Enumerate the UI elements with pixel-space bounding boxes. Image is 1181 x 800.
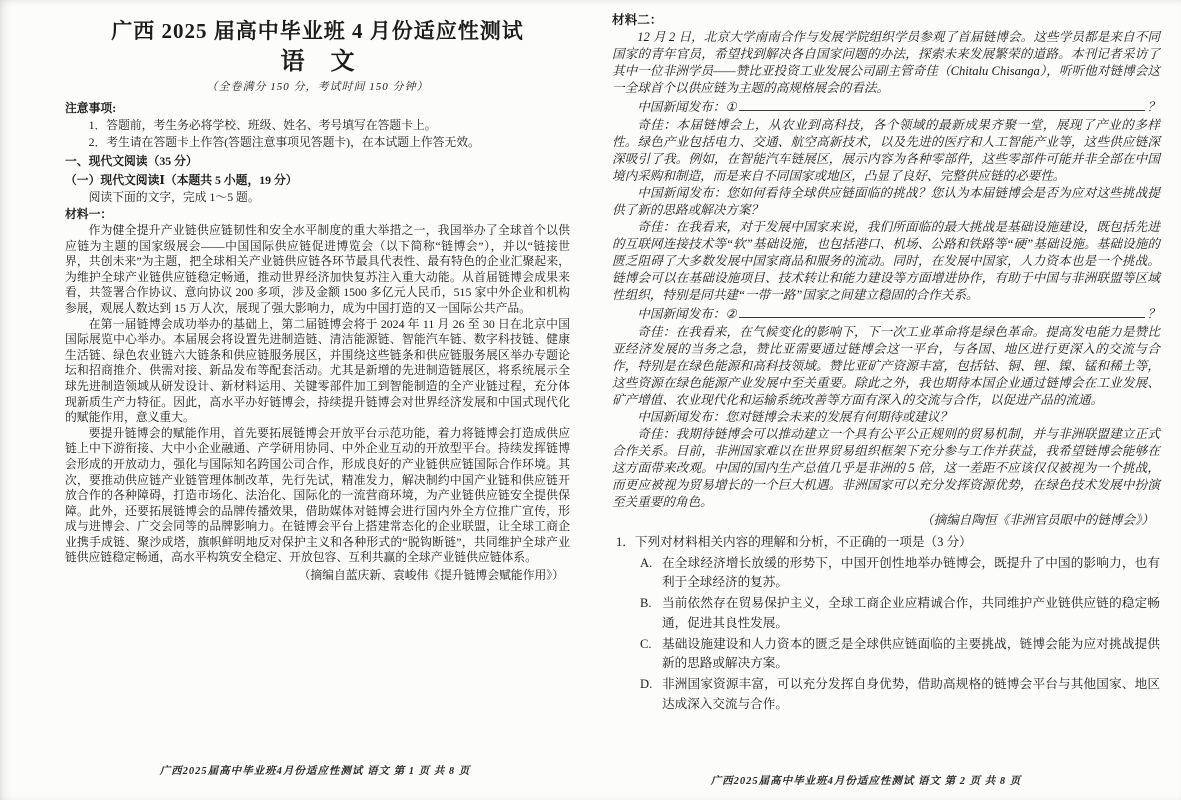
material2-label: 材料二： (612, 12, 1160, 29)
page-2: 材料二： 12 月 2 日，北京大学南南合作与发展学院组织学员参观了首届链博会。… (612, 0, 1160, 800)
notice-title: 注意事项: (65, 100, 570, 117)
exam-subject: 语 文 (65, 46, 570, 78)
interview-question-2: 中国新闻发布：您如何看待全球供应链面临的挑战？您认为本届链博会是否为应对这些挑战… (612, 185, 1160, 219)
speaker-label: 中国新闻发布： (637, 305, 725, 324)
blank-suffix-1: ？ (1147, 98, 1160, 117)
material2-intro: 12 月 2 日，北京大学南南合作与发展学院组织学员参观了首届链博会。这些学员都… (612, 29, 1160, 97)
option-c-label: C. (640, 635, 662, 674)
page-1-footer: 广西2025届高中毕业班4月份适应性测试 语文 第 1 页 共 8 页 (40, 764, 590, 780)
interview-answer-3: 奇佳：在我看来，在气候变化的影响下，下一次工业革命将是绿色革命。提高发电能力是赞… (612, 324, 1160, 409)
material1-attribution: （摘编自蓝庆新、袁峻伟《提升链博会赋能作用》） (65, 566, 570, 584)
notice-item-1: 1．答题前，考生务必将学校、班级、姓名、考号填写在答题卡上。 (65, 117, 570, 134)
interview-answer-1: 奇佳：本届链博会上，从农业到高科技，各个领域的最新成果齐聚一堂，展现了产业的多样… (612, 117, 1160, 185)
material1-label: 材料一： (65, 206, 570, 223)
blank-marker-1: ① (725, 98, 736, 117)
question-1-option-b: B. 当前依然存在贸易保护主义，全球工商企业应精诚合作，共同维护产业链供应链的稳… (612, 594, 1160, 633)
material1-paragraph-2: 在第一届链博会成功举办的基础上，第二届链博会将于 2024 年 11 月 26 … (65, 317, 570, 426)
reading-instruction: 阅读下面的文字，完成 1～5 题。 (65, 189, 570, 206)
option-a-text: 在全球经济增长放缓的形势下，中国开创性地举办链博会，既提升了中国的影响力，也有利… (662, 554, 1160, 593)
option-b-label: B. (640, 594, 662, 633)
speaker-label: 中国新闻发布： (637, 98, 725, 117)
interview-question-4: 中国新闻发布：您对链博会未来的发展有何期待或建议？ (612, 409, 1160, 426)
section-heading: 一、现代文阅读（35 分） (65, 153, 570, 170)
option-d-text: 非洲国家资源丰富，可以充分发挥自身优势，借助高规格的链博会平台与其他国家、地区达… (662, 675, 1160, 714)
material1-paragraph-1: 作为健全提升产业链供应链韧性和安全水平制度的重大举措之一，我国举办了全球首个以供… (65, 223, 570, 317)
notice-item-2: 2．考生请在答题卡上作答(答题注意事项见答题卡)，在本试题上作答无效。 (65, 134, 570, 151)
blank-suffix-2: ？ (1147, 305, 1160, 324)
interview-blank-2: 中国新闻发布：②？ (612, 304, 1160, 324)
exam-title: 广西 2025 届高中毕业班 4 月份适应性测试 (65, 16, 570, 46)
option-d-label: D. (640, 675, 662, 714)
material2-attribution: （摘编自陶恒《非洲官员眼中的链博会》） (612, 511, 1160, 529)
exam-paper-scan: 广西 2025 届高中毕业班 4 月份适应性测试 语 文 （全卷满分 150 分… (0, 0, 1181, 800)
exam-info: （全卷满分 150 分，考试时间 150 分钟） (65, 78, 570, 96)
question-1-option-d: D. 非洲国家资源丰富，可以充分发挥自身优势，借助高规格的链博会平台与其他国家、… (612, 675, 1160, 714)
blank-underline-2 (739, 304, 1146, 318)
option-a-label: A. (640, 554, 662, 593)
question-1-option-a: A. 在全球经济增长放缓的形势下，中国开创性地举办链博会，既提升了中国的影响力，… (612, 554, 1160, 593)
blank-underline-1 (739, 97, 1146, 111)
material1-paragraph-3: 要提升链博会的赋能作用，首先要拓展链博会开放平台示范功能，着力将链博会打造成供应… (65, 426, 570, 566)
option-c-text: 基础设施建设和人力资本的匮乏是全球供应链面临的主要挑战，链博会能为应对挑战提供新… (662, 635, 1160, 674)
subsection-heading: （一）现代文阅读Ⅰ（本题共 5 小题，19 分） (65, 172, 570, 189)
question-1-option-c: C. 基础设施建设和人力资本的匮乏是全球供应链面临的主要挑战，链博会能为应对挑战… (612, 635, 1160, 674)
interview-blank-1: 中国新闻发布：①？ (612, 97, 1160, 117)
question-1-stem: 1．下列对材料相关内容的理解和分析，不正确的一项是（3 分） (612, 532, 1160, 552)
option-b-text: 当前依然存在贸易保护主义，全球工商企业应精诚合作，共同维护产业链供应链的稳定畅通… (662, 594, 1160, 633)
interview-answer-4: 奇佳：我期待链博会可以推动建立一个具有公平公正规则的贸易机制，并与非洲联盟建立正… (612, 426, 1160, 511)
blank-marker-2: ② (725, 305, 736, 324)
page-2-footer: 广西2025届高中毕业班4月份适应性测试 语文 第 2 页 共 8 页 (582, 773, 1150, 790)
page-1: 广西 2025 届高中毕业班 4 月份适应性测试 语 文 （全卷满分 150 分… (0, 0, 570, 800)
interview-answer-2: 奇佳：在我看来，对于发展中国家来说，我们所面临的最大挑战是基础设施建设，既包括先… (612, 219, 1160, 304)
